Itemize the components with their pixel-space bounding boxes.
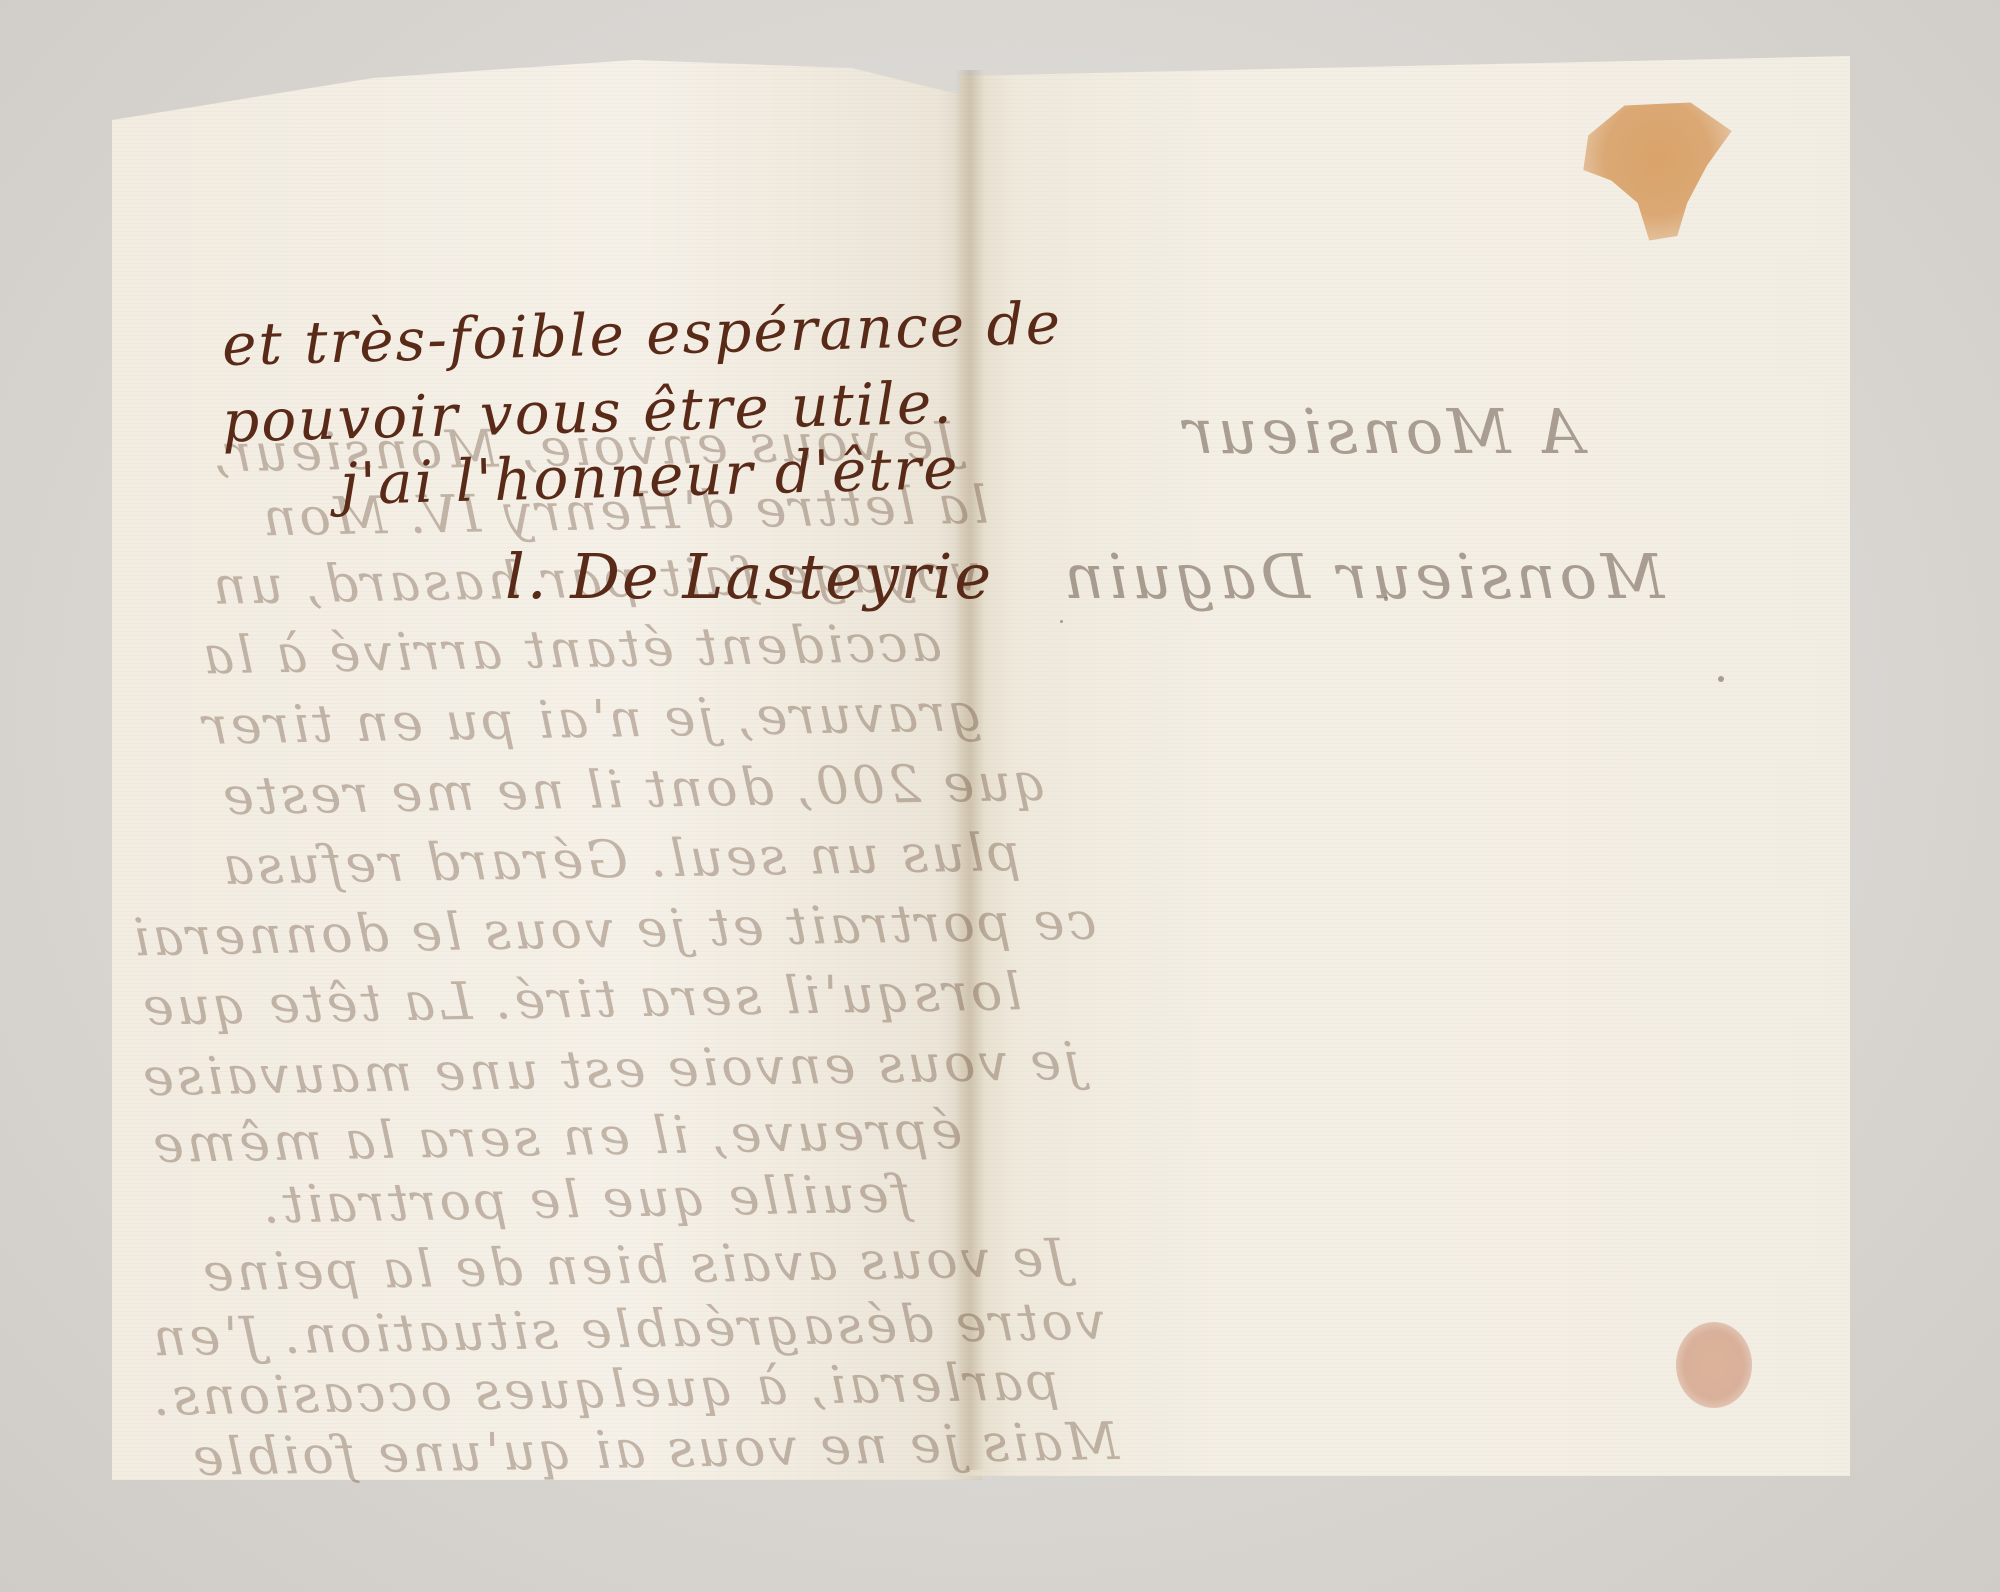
right-page: [960, 56, 1850, 1476]
ink-speck: [1384, 597, 1388, 601]
ink-speck: [1718, 676, 1724, 682]
address-line-2: Monsieur Daguin: [1060, 540, 1664, 613]
ink-speck: [1060, 620, 1063, 623]
stain-round-pink: [1676, 1322, 1752, 1408]
signature: l. De Lasteyrie: [505, 540, 993, 613]
address-line-1: A Monsieur: [1180, 395, 1583, 468]
ghost-line: feuille que le portrait.: [260, 1164, 912, 1235]
